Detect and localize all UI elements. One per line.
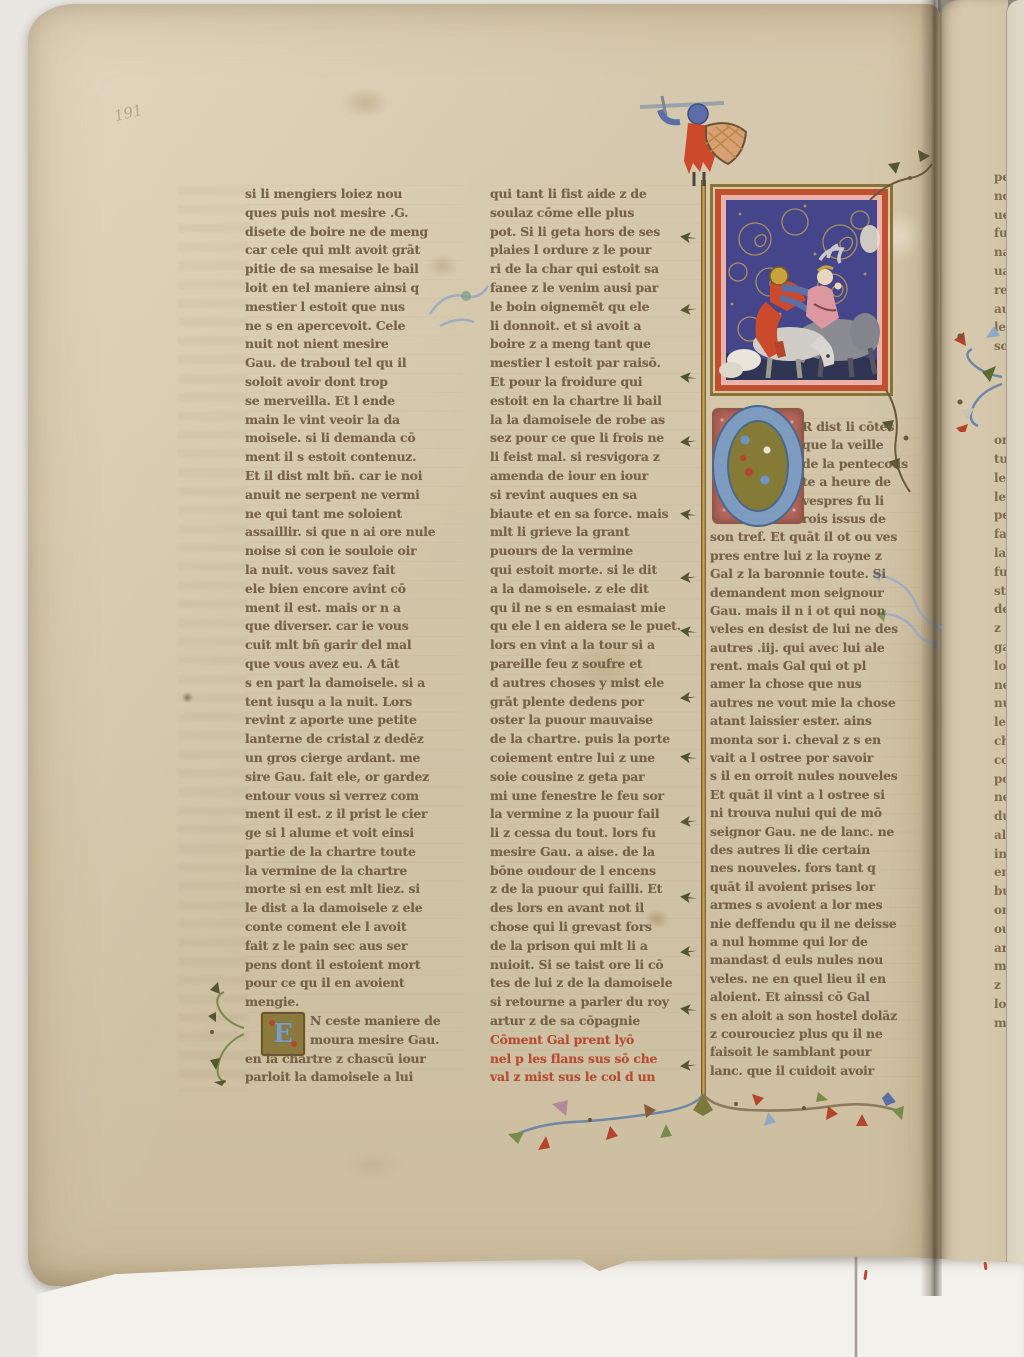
manuscript-text-line: artur z de sa cōpagnie — [490, 1012, 704, 1031]
manuscript-text-line: te a heure de — [710, 473, 920, 491]
pen-flourish-icon — [426, 274, 492, 338]
manuscript-text-line: la vermine z la puour fail — [490, 805, 704, 824]
manuscript-text-line: amenda de iour en iour — [490, 467, 704, 486]
next-folio-edge: penouefurnauareaulessouontulenlevpefamla… — [938, 0, 1008, 1292]
manuscript-text-line: ques puis not mesire .G. — [245, 204, 463, 223]
manuscript-text-line: que la veille — [710, 436, 920, 454]
manuscript-text-line: nie deffendu qu il ne deisse — [710, 915, 920, 933]
manuscript-text-line: vait a l ostree por savoir — [710, 749, 920, 767]
manuscript-text-line: ment il est. z il prist le cier — [245, 805, 463, 824]
manuscript-text-line: monta sor i. cheval z s en — [710, 731, 920, 749]
manuscript-text-line: N ceste maniere de — [245, 1012, 463, 1031]
manuscript-page: 191 si li mengiers loiez nouques puis no… — [28, 4, 940, 1286]
manuscript-text-line: disete de boire ne de meng — [245, 223, 463, 242]
manuscript-text-line: que vous avez eu. A tāt — [245, 655, 463, 674]
manuscript-text-line: ni trouva nului qui de mō — [710, 804, 920, 822]
manuscript-text-line: Et pour la froidure qui — [490, 373, 704, 392]
manuscript-text-line: ri de la char qui estoit sa — [490, 260, 704, 279]
manuscript-text-line: un gros cierge ardant. me — [245, 749, 463, 768]
manuscript-text-line: sez pour ce que li frois ne — [490, 429, 704, 448]
manuscript-text-line: Et il dist mlt bñ. car ie noi — [245, 467, 463, 486]
bottom-vine-border — [506, 1092, 906, 1152]
manuscript-text-line: autres .iij. qui avec lui ale — [710, 639, 920, 657]
manuscript-text-line: des lors en avant not il — [490, 899, 704, 918]
open-manuscript-photo: penouefurnauareaulessouontulenlevpefamla… — [0, 0, 1024, 1357]
parchment-stain — [330, 80, 400, 125]
manuscript-text-line: veles en desist de lui ne des — [710, 620, 920, 638]
manuscript-text-line: ment il est. mais or n a — [245, 599, 463, 618]
manuscript-text-line: d autres choses y mist ele — [490, 674, 704, 693]
manuscript-text-line: nuioit. Si se taist ore li cō — [490, 956, 704, 975]
manuscript-text-line: atant laissier ester. ains — [710, 712, 920, 730]
manuscript-text-line: si revint auques en sa — [490, 486, 704, 505]
manuscript-text-line: plaies l ordure z le pour — [490, 241, 704, 260]
red-edge-mark — [984, 1262, 988, 1270]
manuscript-text-line: fait z le pain sec aus ser — [245, 937, 463, 956]
manuscript-text-line: soulaz cōme elle plus — [490, 204, 704, 223]
manuscript-text-line: li z cessa du tout. lors fu — [490, 824, 704, 843]
fore-edge-pages — [1006, 0, 1024, 1302]
manuscript-text-line: s en part la damoisele. si a — [245, 674, 463, 693]
manuscript-text-line: mi une fenestre le feu sor — [490, 787, 704, 806]
manuscript-text-line: pot. Si li geta hors de ses — [490, 223, 704, 242]
manuscript-text-line: ge si l alume et voit einsi — [245, 824, 463, 843]
manuscript-text-line: seignor Gau. ne de lanc. ne — [710, 823, 920, 841]
text-column-middle: qui tant li fist aide z desoulaz cōme el… — [490, 185, 704, 1087]
miniature-knight-seizing-lady — [710, 184, 893, 396]
right-column-lines: son tref. Et quāt il ot ou vespres entre… — [710, 528, 920, 1080]
manuscript-text-line: car cele qui mlt avoit grāt — [245, 241, 463, 260]
manuscript-text-line: R dist li cōtes — [710, 418, 920, 436]
manuscript-text-line: la vermine de la chartre — [245, 862, 463, 881]
manuscript-text-line: Gau. de traboul tel qu il — [245, 354, 463, 373]
manuscript-text-line: autres ne vout mie la chose — [710, 694, 920, 712]
text-column-right: R dist li cōtesque la veillede la pentec… — [710, 418, 920, 1080]
manuscript-text-line: estoit en la chartre li bail — [490, 392, 704, 411]
manuscript-text-line: ele bien encore avint cō — [245, 580, 463, 599]
manuscript-text-line: demandent mon seignour — [710, 584, 920, 602]
manuscript-text-line: biaute et en sa force. mais — [490, 505, 704, 524]
manuscript-text-line: rent. mais Gal qui ot pl — [710, 657, 920, 675]
manuscript-text-line: de la prison qui mlt li a — [490, 937, 704, 956]
manuscript-text-line: z de la puour qui failli. Et — [490, 880, 704, 899]
manuscript-text-line: veles. ne en quel lieu il en — [710, 970, 920, 988]
red-rubric: Cōment Gal prent lyōnel p les flans sus … — [490, 1031, 704, 1087]
manuscript-text-line: partie de la chartre toute — [245, 843, 463, 862]
manuscript-text-line: nes nouveles. fors tant q — [710, 859, 920, 877]
manuscript-text-line: grāt plente dedens por — [490, 693, 704, 712]
manuscript-text-line: pens dont il estoient mort — [245, 956, 463, 975]
manuscript-text-line: le boin oignemēt qu ele — [490, 298, 704, 317]
manuscript-text-line: parloit la damoisele a lui — [245, 1068, 463, 1087]
manuscript-text-line: revint z aporte une petite — [245, 711, 463, 730]
manuscript-text-line: chose qui li grevast fors — [490, 918, 704, 937]
rubric-text-line: nel p les flans sus sō che — [490, 1050, 704, 1069]
manuscript-text-line: mestier l estoit par raisō. — [490, 354, 704, 373]
gutter-crease — [920, 0, 942, 1296]
marginal-ivy-icon — [206, 982, 248, 1086]
manuscript-text-line: la la damoisele de robe as — [490, 411, 704, 430]
manuscript-text-line: fanee z le venim ausi par — [490, 279, 704, 298]
initial-paragraph: E N ceste maniere demoura mesire Gau. — [245, 1012, 463, 1050]
manuscript-text-line: moisele. si li demanda cō — [245, 429, 463, 448]
manuscript-text-line: faisoit le samblant pour — [710, 1043, 920, 1061]
manuscript-text-line: si retourne a parler du roy — [490, 993, 704, 1012]
manuscript-text-line: s en aloit a son hostel dolāz — [710, 1007, 920, 1025]
manuscript-text-line: mandast d euls nules nou — [710, 951, 920, 969]
red-edge-mark — [863, 1270, 867, 1280]
manuscript-text-line: amer la chose que nus — [710, 675, 920, 693]
manuscript-text-line: s il en orroit nules nouveles — [710, 767, 920, 785]
manuscript-text-line: pareille feu z soufre et — [490, 655, 704, 674]
manuscript-text-line: ne qui tant me soloient — [245, 505, 463, 524]
manuscript-text-line: se merveilla. Et l ende — [245, 392, 463, 411]
manuscript-text-line: si li mengiers loiez nou — [245, 185, 463, 204]
manuscript-text-line: a la damoisele. z ele dit — [490, 580, 704, 599]
manuscript-text-line: li feist mal. si resvigora z — [490, 448, 704, 467]
manuscript-text-line: mesire Gau. a aise. de la — [490, 843, 704, 862]
under-page-edges — [36, 1256, 1024, 1357]
manuscript-text-line: assaillir. si que n ai ore nule — [245, 523, 463, 542]
parchment-stain — [328, 1144, 418, 1186]
manuscript-text-line: Gau. mais il n i ot qui non — [710, 602, 920, 620]
manuscript-text-line: sire Gau. fait ele, or gardez — [245, 768, 463, 787]
manuscript-text-line: Et quāt il vint a l ostree si — [710, 786, 920, 804]
manuscript-text-line: tent iusqu a la nuit. Lors — [245, 693, 463, 712]
manuscript-text-line: z courouciez plus qu il ne — [710, 1025, 920, 1043]
manuscript-text-line: le dist a la damoisele z ele — [245, 899, 463, 918]
manuscript-text-line: coiement entre lui z une — [490, 749, 704, 768]
manuscript-text-line: lors en vint a la tour si a — [490, 636, 704, 655]
manuscript-text-line: pres entre lui z la royne z — [710, 547, 920, 565]
page-edge-crease — [854, 1256, 858, 1357]
manuscript-text-line: quāt il avoient prises lor — [710, 878, 920, 896]
manuscript-text-line: ment il s estoit contenuz. — [245, 448, 463, 467]
manuscript-text-line: noise si con ie souloie oir — [245, 542, 463, 561]
manuscript-text-line: oster la puour mauvaise — [490, 711, 704, 730]
manuscript-text-line: lanterne de cristal z dedēz — [245, 730, 463, 749]
manuscript-text-line: moura mesire Gau. — [245, 1031, 463, 1050]
show-through-text — [178, 186, 248, 1091]
middle-column-lines: qui tant li fist aide z desoulaz cōme el… — [490, 185, 704, 1031]
manuscript-text-line: rois issus de — [710, 510, 920, 528]
miniature-painting — [710, 184, 893, 396]
manuscript-text-line: a nul homme qui lor de — [710, 933, 920, 951]
manuscript-text-line: qu il ne s en esmaiast mie — [490, 599, 704, 618]
rubric-text-line: Cōment Gal prent lyō — [490, 1031, 704, 1050]
manuscript-text-line: soloit avoir dont trop — [245, 373, 463, 392]
bar-border — [701, 180, 706, 1108]
initial-adjacent-lines: N ceste maniere demoura mesire Gau. — [245, 1012, 463, 1050]
manuscript-text-line: mengie. — [245, 993, 463, 1012]
manuscript-text-line: li donnoit. et si avoit a — [490, 317, 704, 336]
manuscript-text-line: pour ce qu il en avoient — [245, 974, 463, 993]
manuscript-text-line: boire z a meng tant que — [490, 335, 704, 354]
manuscript-text-line: son tref. Et quāt il ot ou ves — [710, 528, 920, 546]
manuscript-text-line: puours de la vermine — [490, 542, 704, 561]
rubric-text-line: val z mist sus le col d un — [490, 1068, 704, 1087]
manuscript-text-line: conte coment ele l avoit — [245, 918, 463, 937]
manuscript-text-line: aloient. Et ainssi cō Gal — [710, 988, 920, 1006]
right-column-opening-lines: R dist li cōtesque la veillede la pentec… — [710, 418, 920, 528]
manuscript-text-line: qu ele l en aidera se le puet. — [490, 617, 704, 636]
manuscript-text-line: anuit ne serpent ne vermi — [245, 486, 463, 505]
manuscript-text-line: main le vint veoir la da — [245, 411, 463, 430]
manuscript-text-line: en la chartre z chascū iour — [245, 1050, 463, 1069]
manuscript-text-line: la nuit. vous savez fait — [245, 561, 463, 580]
manuscript-text-line: des autres li die certain — [710, 841, 920, 859]
manuscript-text-line: lanc. que il cuidoit avoir — [710, 1062, 920, 1080]
manuscript-text-line: nuit not nient mesire — [245, 335, 463, 354]
manuscript-text-line: armes s avoient a lor mes — [710, 896, 920, 914]
manuscript-text-line: de la pentecous — [710, 455, 920, 473]
manuscript-text-line: de la chartre. puis la porte — [490, 730, 704, 749]
folio-pencil-number: 191 — [112, 101, 144, 125]
knight-with-sword-and-shield-drollery — [636, 92, 756, 188]
manuscript-text-line: tes de lui z de la damoisele — [490, 974, 704, 993]
manuscript-text-line: Gal z la baronnie toute. Si — [710, 565, 920, 583]
manuscript-text-line: mlt li grieve la grant — [490, 523, 704, 542]
manuscript-text-line: que diverser. car ie vous — [245, 617, 463, 636]
marginal-ivy-icon — [952, 322, 1008, 432]
manuscript-text-line: vespres fu li — [710, 492, 920, 510]
manuscript-text-line: entour vous si verrez com — [245, 787, 463, 806]
manuscript-text-line: qui estoit morte. si le dit — [490, 561, 704, 580]
manuscript-text-line: morte si en est mlt liez. si — [245, 880, 463, 899]
left-column-closing-lines: en la chartre z chascū iourparloit la da… — [245, 1050, 463, 1088]
manuscript-text-line: bōne oudour de l encens — [490, 862, 704, 881]
manuscript-text-line: soie cousine z geta par — [490, 768, 704, 787]
manuscript-text-line: cuit mlt bñ garir del mal — [245, 636, 463, 655]
